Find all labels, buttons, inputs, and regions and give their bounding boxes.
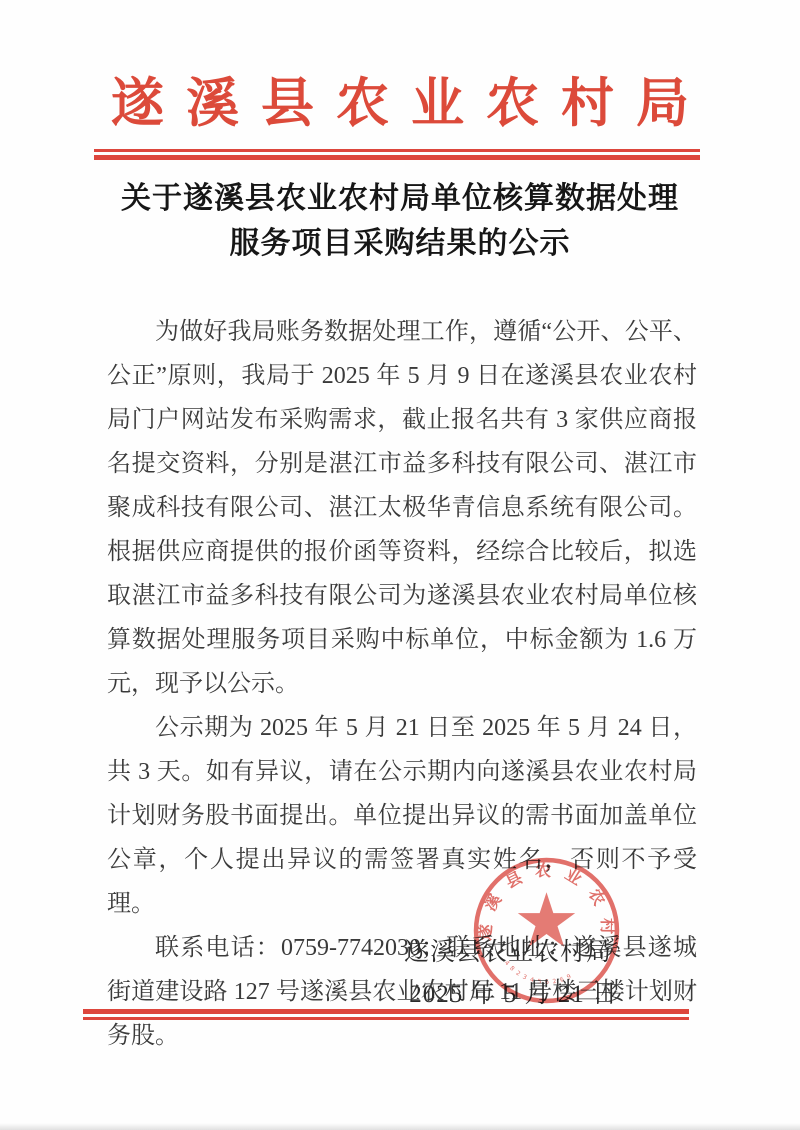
header-divider: [94, 149, 700, 160]
star-icon: [518, 892, 575, 947]
header-divider-thick-line: [94, 155, 700, 160]
official-seal: 遂溪县农业农村局 4823456269: [468, 852, 625, 1009]
agency-masthead: 遂溪县农业农村局: [0, 74, 800, 135]
document-page: 遂溪县农业农村局 关于遂溪县农业农村局单位核算数据处理 服务项目采购结果的公示 …: [0, 0, 800, 1130]
doc-title-line2: 服务项目采购结果的公示: [0, 221, 800, 266]
seal-code: 4823456269: [503, 959, 576, 985]
body-paragraph-1: 为做好我局账务数据处理工作，遵循“公开、公平、公正”原则，我局于 2025 年 …: [107, 310, 697, 706]
signature-agency: 遂溪县农业农村局: [0, 932, 800, 968]
signature-date: 2025 年 5 月 21 日: [0, 974, 800, 1010]
footer-divider-thin-line: [83, 1017, 689, 1020]
footer-divider: [83, 1009, 689, 1020]
page-bottom-edge: [0, 1123, 800, 1130]
doc-title: 关于遂溪县农业农村局单位核算数据处理 服务项目采购结果的公示: [0, 176, 800, 266]
doc-title-line1: 关于遂溪县农业农村局单位核算数据处理: [0, 176, 800, 221]
